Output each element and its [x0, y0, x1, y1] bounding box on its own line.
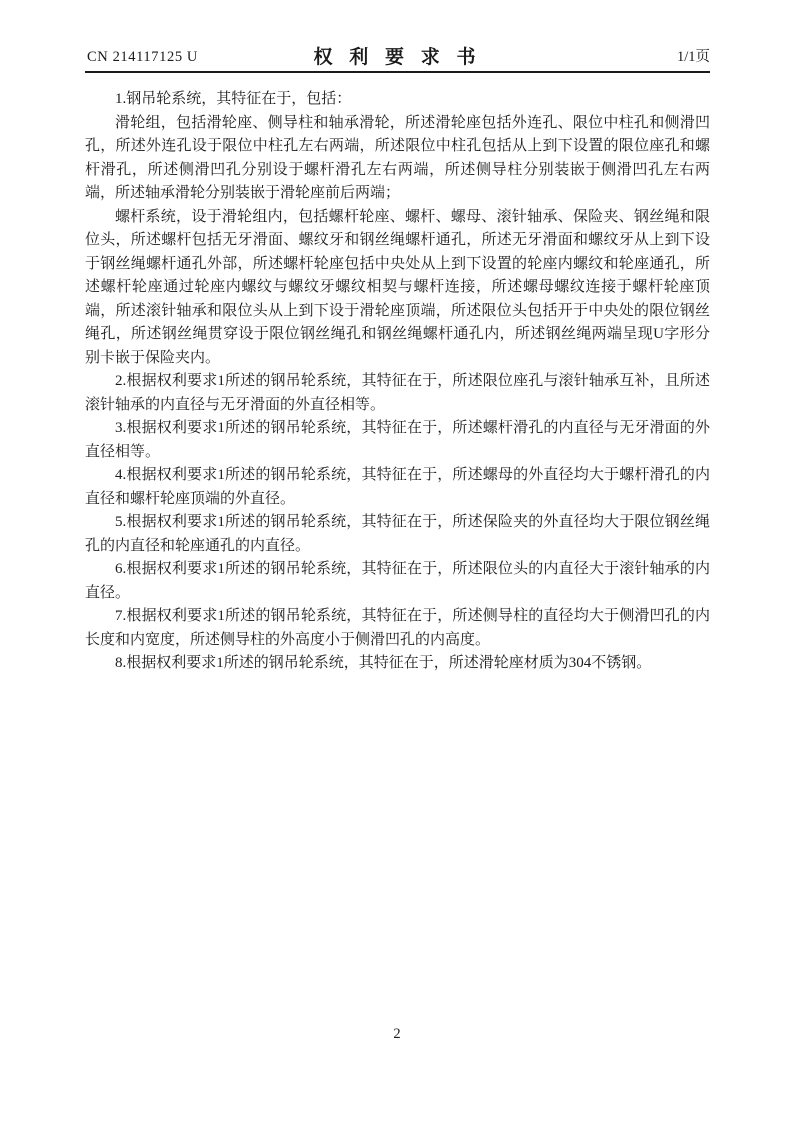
claim-6: 6.根据权利要求1所述的钢吊轮系统，其特征在于，所述限位头的内直径大于滚针轴承的… — [85, 558, 710, 605]
claims-text-block: 1.钢吊轮系统，其特征在于，包括： 滑轮组，包括滑轮座、侧导柱和轴承滑轮，所述滑… — [85, 88, 710, 676]
patent-claims-page: CN 214117125 U 权 利 要 求 书 1/1页 1.钢吊轮系统，其特… — [0, 0, 794, 1123]
claim-7: 7.根据权利要求1所述的钢吊轮系统，其特征在于，所述侧导柱的直径均大于侧滑凹孔的… — [85, 605, 710, 652]
claim-4: 4.根据权利要求1所述的钢吊轮系统，其特征在于，所述螺母的外直径均大于螺杆滑孔的… — [85, 464, 710, 511]
sheet-indicator: 1/1页 — [677, 45, 710, 66]
page-header: CN 214117125 U 权 利 要 求 书 1/1页 — [85, 44, 710, 72]
page-number: 2 — [0, 1026, 794, 1043]
header-divider — [85, 71, 710, 73]
document-section-title: 权 利 要 求 书 — [85, 42, 710, 69]
claim-5: 5.根据权利要求1所述的钢吊轮系统，其特征在于，所述保险夹的外直径均大于限位钢丝… — [85, 511, 710, 558]
claim-1-screw-system: 螺杆系统，设于滑轮组内，包括螺杆轮座、螺杆、螺母、滚针轴承、保险夹、钢丝绳和限位… — [85, 206, 710, 371]
claim-3: 3.根据权利要求1所述的钢吊轮系统，其特征在于，所述螺杆滑孔的内直径与无牙滑面的… — [85, 417, 710, 464]
claim-1-preamble: 1.钢吊轮系统，其特征在于，包括： — [85, 88, 710, 112]
claim-8: 8.根据权利要求1所述的钢吊轮系统，其特征在于，所述滑轮座材质为304不锈钢。 — [85, 652, 710, 676]
claim-2: 2.根据权利要求1所述的钢吊轮系统，其特征在于，所述限位座孔与滚针轴承互补，且所… — [85, 370, 710, 417]
claim-1-pulley-group: 滑轮组，包括滑轮座、侧导柱和轴承滑轮，所述滑轮座包括外连孔、限位中柱孔和侧滑凹孔… — [85, 112, 710, 206]
